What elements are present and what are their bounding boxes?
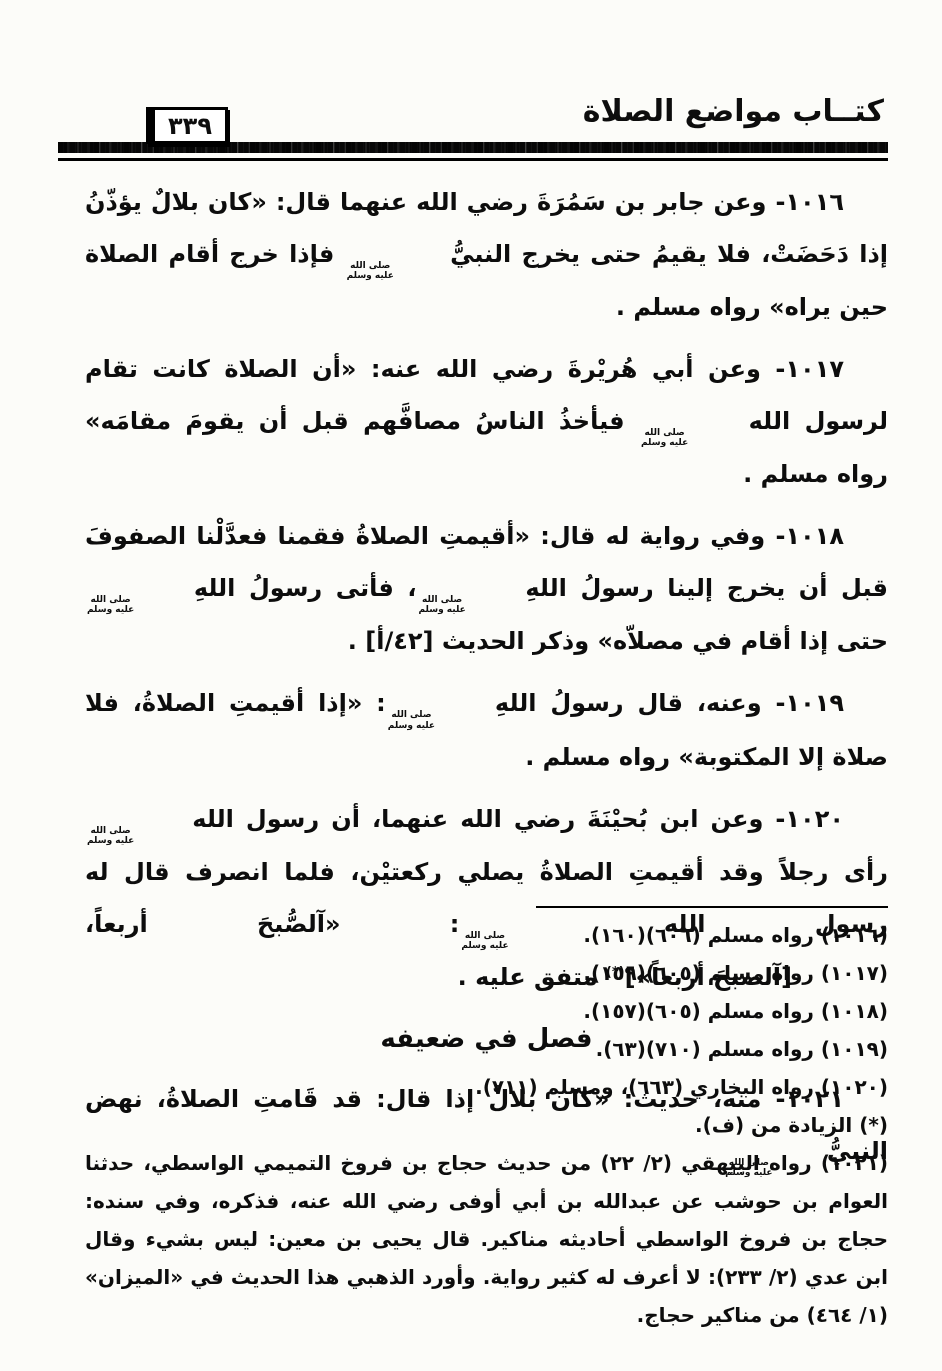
footnote-1017: (١٠١٧) رواه مسلم (٦٠٥)(١٥٩). bbox=[85, 954, 888, 992]
page-number-box: ٣٣٩ bbox=[146, 107, 228, 144]
book-page: كتــاب مواضع الصلاة ٣٣٩ ١٠١٦- وعن جابر ب… bbox=[0, 0, 942, 1371]
footnotes-section: (١٠١٦) رواه مسلم (٦٠٦)(١٦٠). (١٠١٧) رواه… bbox=[85, 906, 888, 1334]
hadith-paragraph-1017: ١٠١٧- وعن أبي هُريْرةَ رضي الله عنه: «أن… bbox=[85, 343, 888, 500]
footnote-1019: (١٠١٩) رواه مسلم (٧١٠)(٦٣). bbox=[85, 1030, 888, 1068]
footnote-1016: (١٠١٦) رواه مسلم (٦٠٦)(١٦٠). bbox=[85, 916, 888, 954]
footnote-separator-rule bbox=[536, 906, 888, 908]
prophet-salutation-icon: صلى اللهعليه وسلم bbox=[419, 595, 510, 615]
prophet-salutation-icon: صلى اللهعليه وسلم bbox=[87, 595, 178, 615]
footnote-1021: (١٠٢١) رواه البيهقي (٢/ ٢٢) من حديث حجاج… bbox=[85, 1144, 888, 1334]
prophet-salutation-icon: صلى اللهعليه وسلم bbox=[347, 261, 438, 281]
hadith-paragraph-1016: ١٠١٦- وعن جابر بن سَمُرَةَ رضي الله عنهم… bbox=[85, 176, 888, 333]
footnote-1018: (١٠١٨) رواه مسلم (٦٠٥)(١٥٧). bbox=[85, 992, 888, 1030]
page-number: ٣٣٩ bbox=[168, 112, 212, 140]
book-title: كتــاب مواضع الصلاة bbox=[583, 94, 884, 129]
prophet-salutation-icon: صلى اللهعليه وسلم bbox=[388, 710, 479, 730]
hadith-paragraph-1019: ١٠١٩- وعنه، قال رسولُ اللهِ صلى اللهعليه… bbox=[85, 677, 888, 782]
prophet-salutation-icon: صلى اللهعليه وسلم bbox=[641, 428, 732, 448]
footnote-star-addition: (*) الزيادة من (ف). bbox=[85, 1106, 888, 1144]
header-rule bbox=[58, 158, 888, 161]
hadith-paragraph-1018: ١٠١٨- وفي رواية له قال: «أقيمتِ الصلاةُ … bbox=[85, 510, 888, 667]
footnote-1020: (١٠٢٠) رواه البخاري (٦٦٣)، ومسلم (٧١١). bbox=[85, 1068, 888, 1106]
prophet-salutation-icon: صلى اللهعليه وسلم bbox=[87, 826, 178, 846]
